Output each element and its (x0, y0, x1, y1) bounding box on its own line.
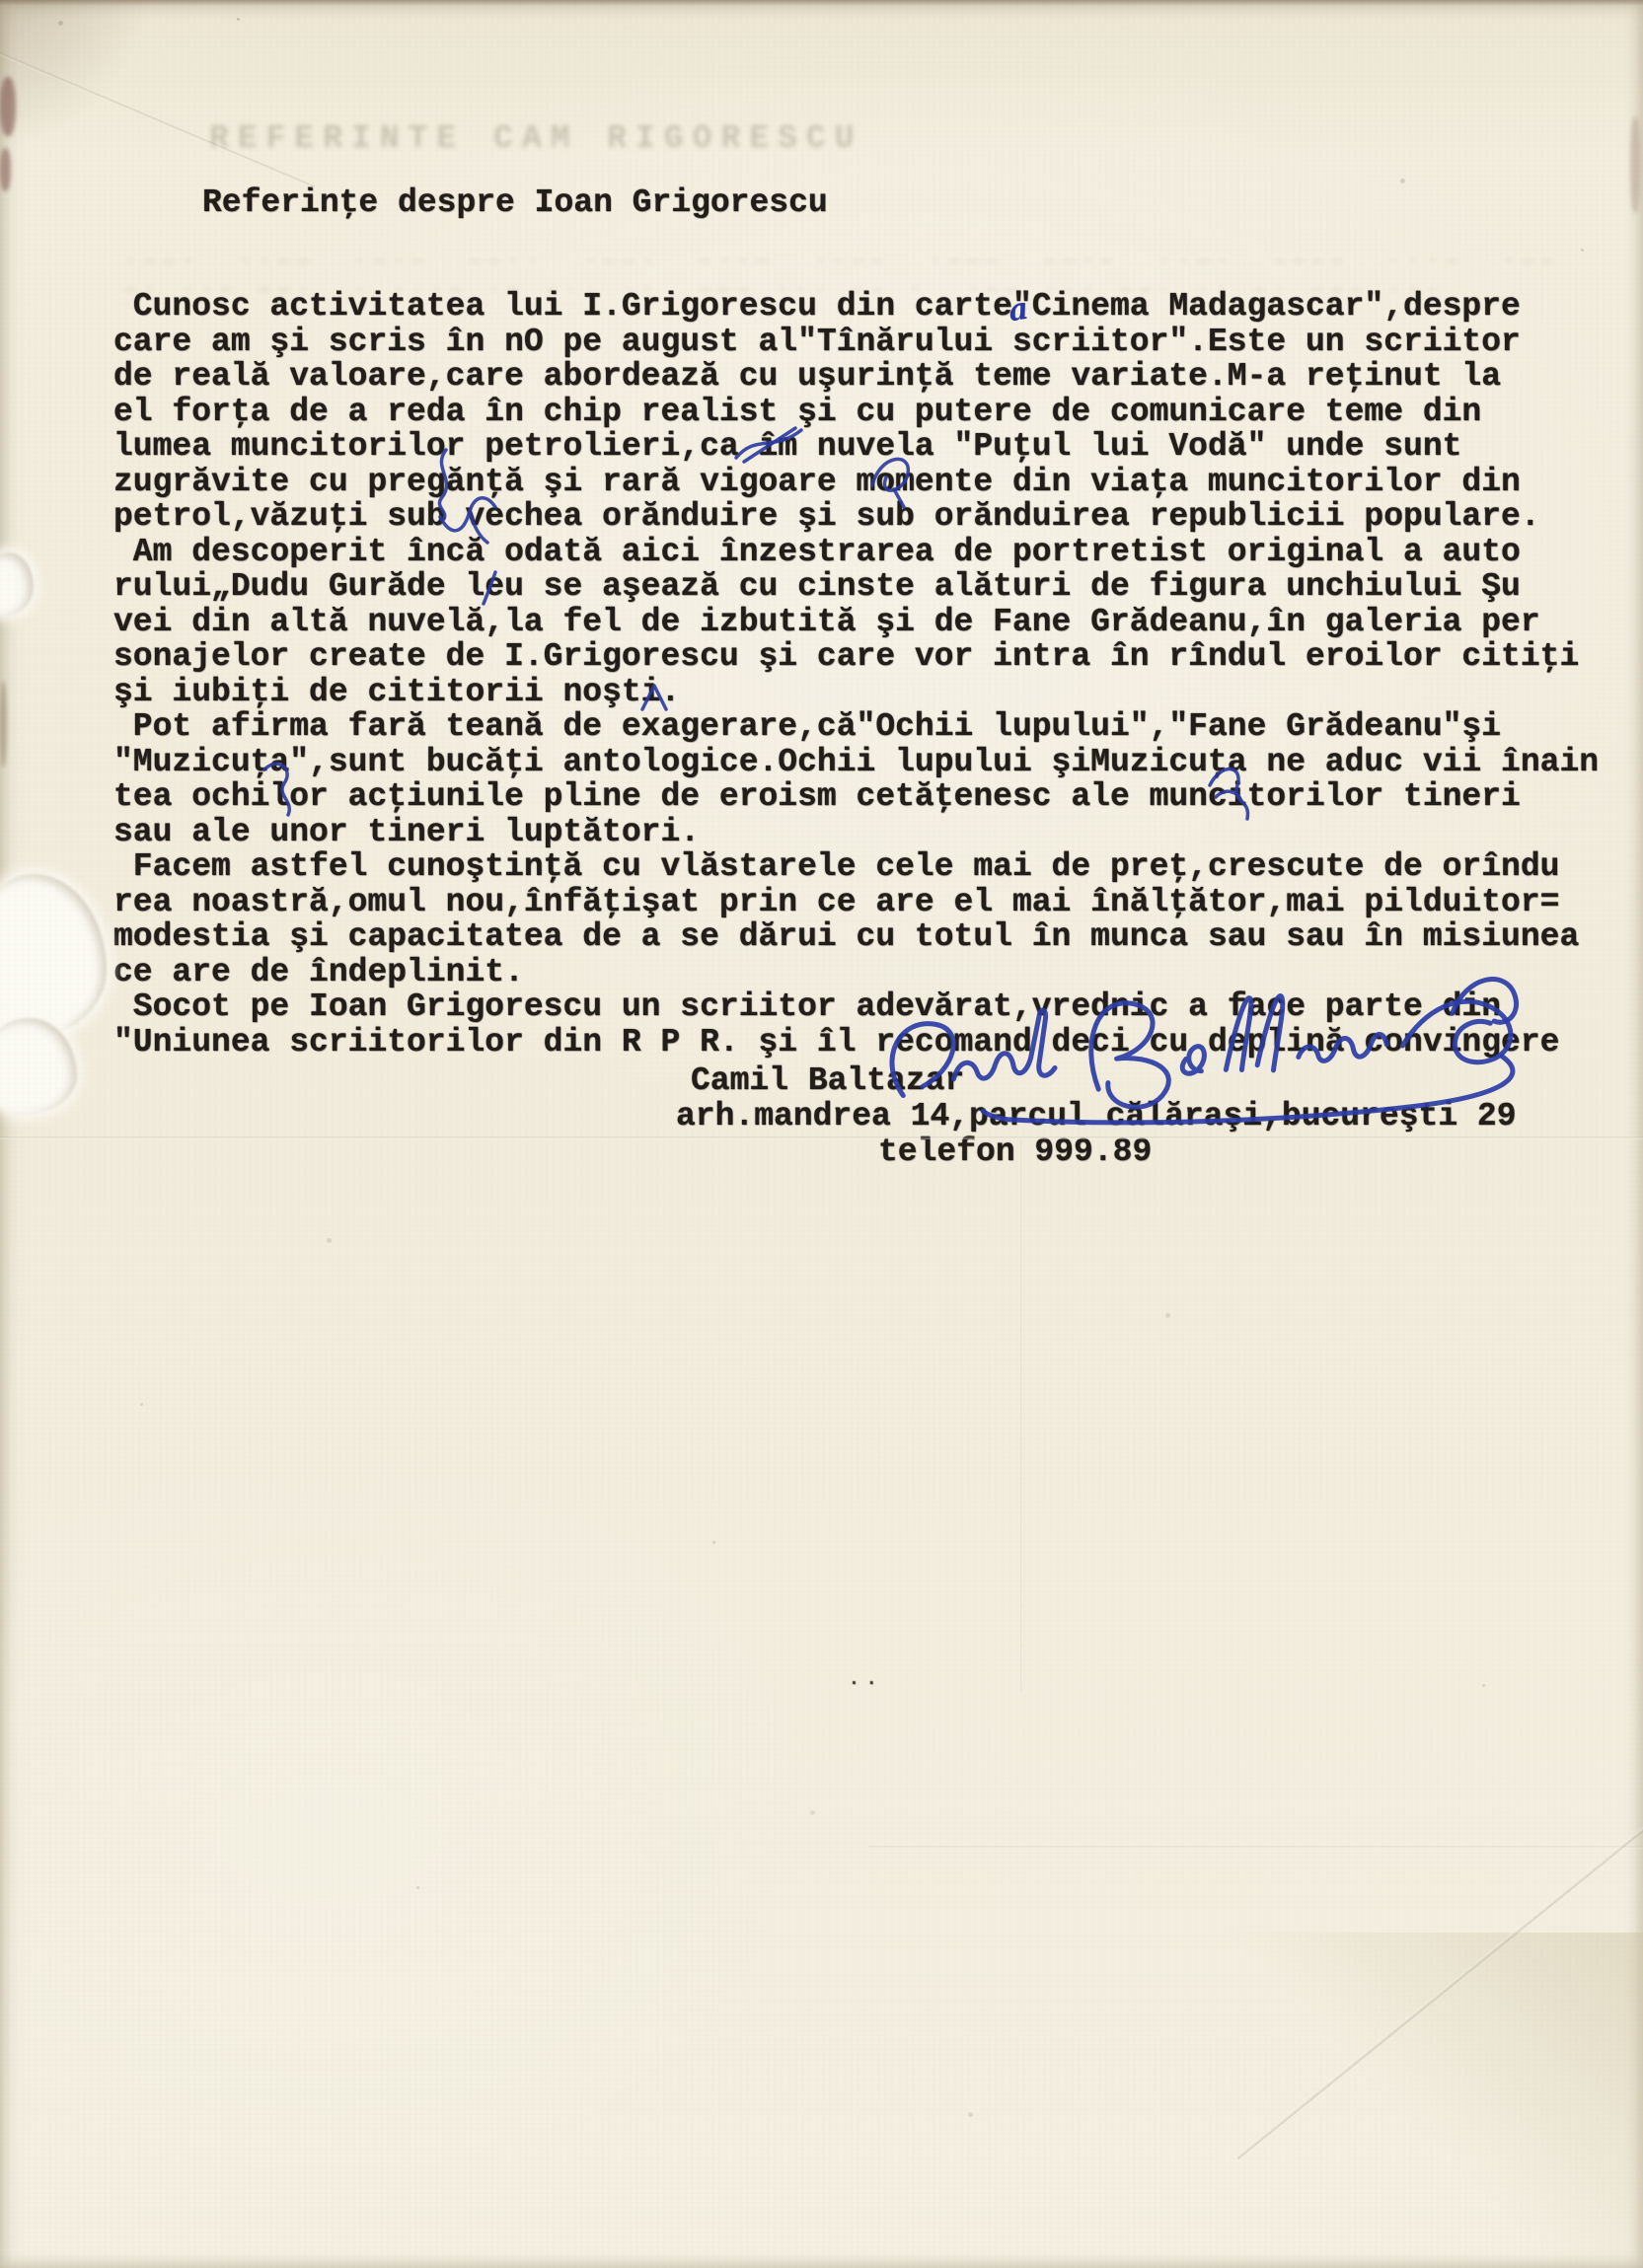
text-line: Facem astfel cunoştinţă cu vlăstarele ce… (113, 849, 1599, 885)
paper-corner-shade-bottomright (1219, 1933, 1643, 2268)
edge-stain (0, 681, 7, 768)
paper-tear-hole-left (0, 874, 107, 1040)
text-line: zugrăvite cu pregănţă şi rară vigoare mo… (113, 465, 1599, 500)
text-line: rului„Dudu Gurăde leu se aşează cu cinst… (113, 569, 1599, 605)
paper-top-edge-shadow (0, 0, 1643, 6)
paper-tear-hole-left-2 (0, 1018, 77, 1115)
body-text: Cunosc activitatea lui I.Grigorescu din … (113, 289, 1599, 1060)
edge-stain (0, 77, 16, 136)
text-line: vei din altă nuvelă,la fel de izbutită ş… (113, 605, 1599, 640)
text-line: şi iubiţi de cititorii noşti. (113, 675, 1599, 710)
edge-stain (0, 148, 11, 191)
fold-crease-horizontal-2 (868, 1846, 1643, 1849)
ghost-typewriter-impression: REFERINTE CAM RIGORESCU (209, 120, 862, 157)
paper-notch-left (0, 552, 34, 616)
text-line: "Muzicuţa",sunt bucăţi antologice.Ochii … (113, 745, 1599, 780)
paper-corner-shade-topleft (0, 0, 178, 168)
text-line: care am şi scris în nO pe august al"Tînă… (113, 325, 1599, 360)
fold-crease-vertical (1020, 1139, 1023, 1692)
text-line: "Uniunea scriitorilor din R P R. şi îl r… (113, 1025, 1599, 1061)
text-line: Pot afirma fară teană de exagerare,că"Oc… (113, 709, 1599, 745)
stray-ink-dots: ·· (849, 1667, 884, 1703)
text-line: Socot pe Ioan Grigorescu un scriitor ade… (113, 989, 1599, 1025)
text-line: de reală valoare,care abordează cu uşuri… (113, 359, 1599, 395)
text-line: sonajelor create de I.Grigorescu şi care… (113, 639, 1599, 675)
text-line: petrol,văzuţi sub vechea orănduire şi su… (113, 499, 1599, 535)
dust-specks (0, 0, 3, 3)
text-line: Am descoperit încă odată aici înzestrare… (113, 535, 1599, 570)
text-line: el forţa de a reda în chip realist şi cu… (113, 395, 1599, 430)
typed-address-line: arh.mandrea 14,parcul călăraşi,bucureşti… (676, 1099, 1517, 1134)
text-line: Cunosc activitatea lui I.Grigorescu din … (113, 289, 1599, 325)
ghost-faded-line: ·––· ··–– ·–·– ––·· ·––· –··– ··–– ·––– … (123, 249, 1559, 275)
typed-phone-line: telefon 999.89 (878, 1134, 1152, 1170)
typed-signature-name: Camil Baltazar (691, 1063, 964, 1099)
scanned-typewritten-letter: REFERINTE CAM RIGORESCU ·––· ··–– ·–·– –… (0, 0, 1643, 2268)
text-line: tea ochilor acţiunile pline de eroism ce… (113, 779, 1599, 815)
fold-crease-horizontal (0, 1136, 1643, 1139)
edge-stain (1630, 116, 1640, 213)
text-line: rea noastră,omul nou,înfăţişat prin ce a… (113, 885, 1599, 920)
text-line: modestia şi capacitatea de a se dărui cu… (113, 919, 1599, 955)
text-line: ce are de îndeplinit. (113, 955, 1599, 990)
text-line: lumea muncitorilor petrolieri,ca îm nuve… (113, 429, 1599, 465)
text-line: sau ale unor tineri luptători. (113, 815, 1599, 850)
document-title: Referinţe despre Ioan Grigorescu (202, 185, 828, 221)
